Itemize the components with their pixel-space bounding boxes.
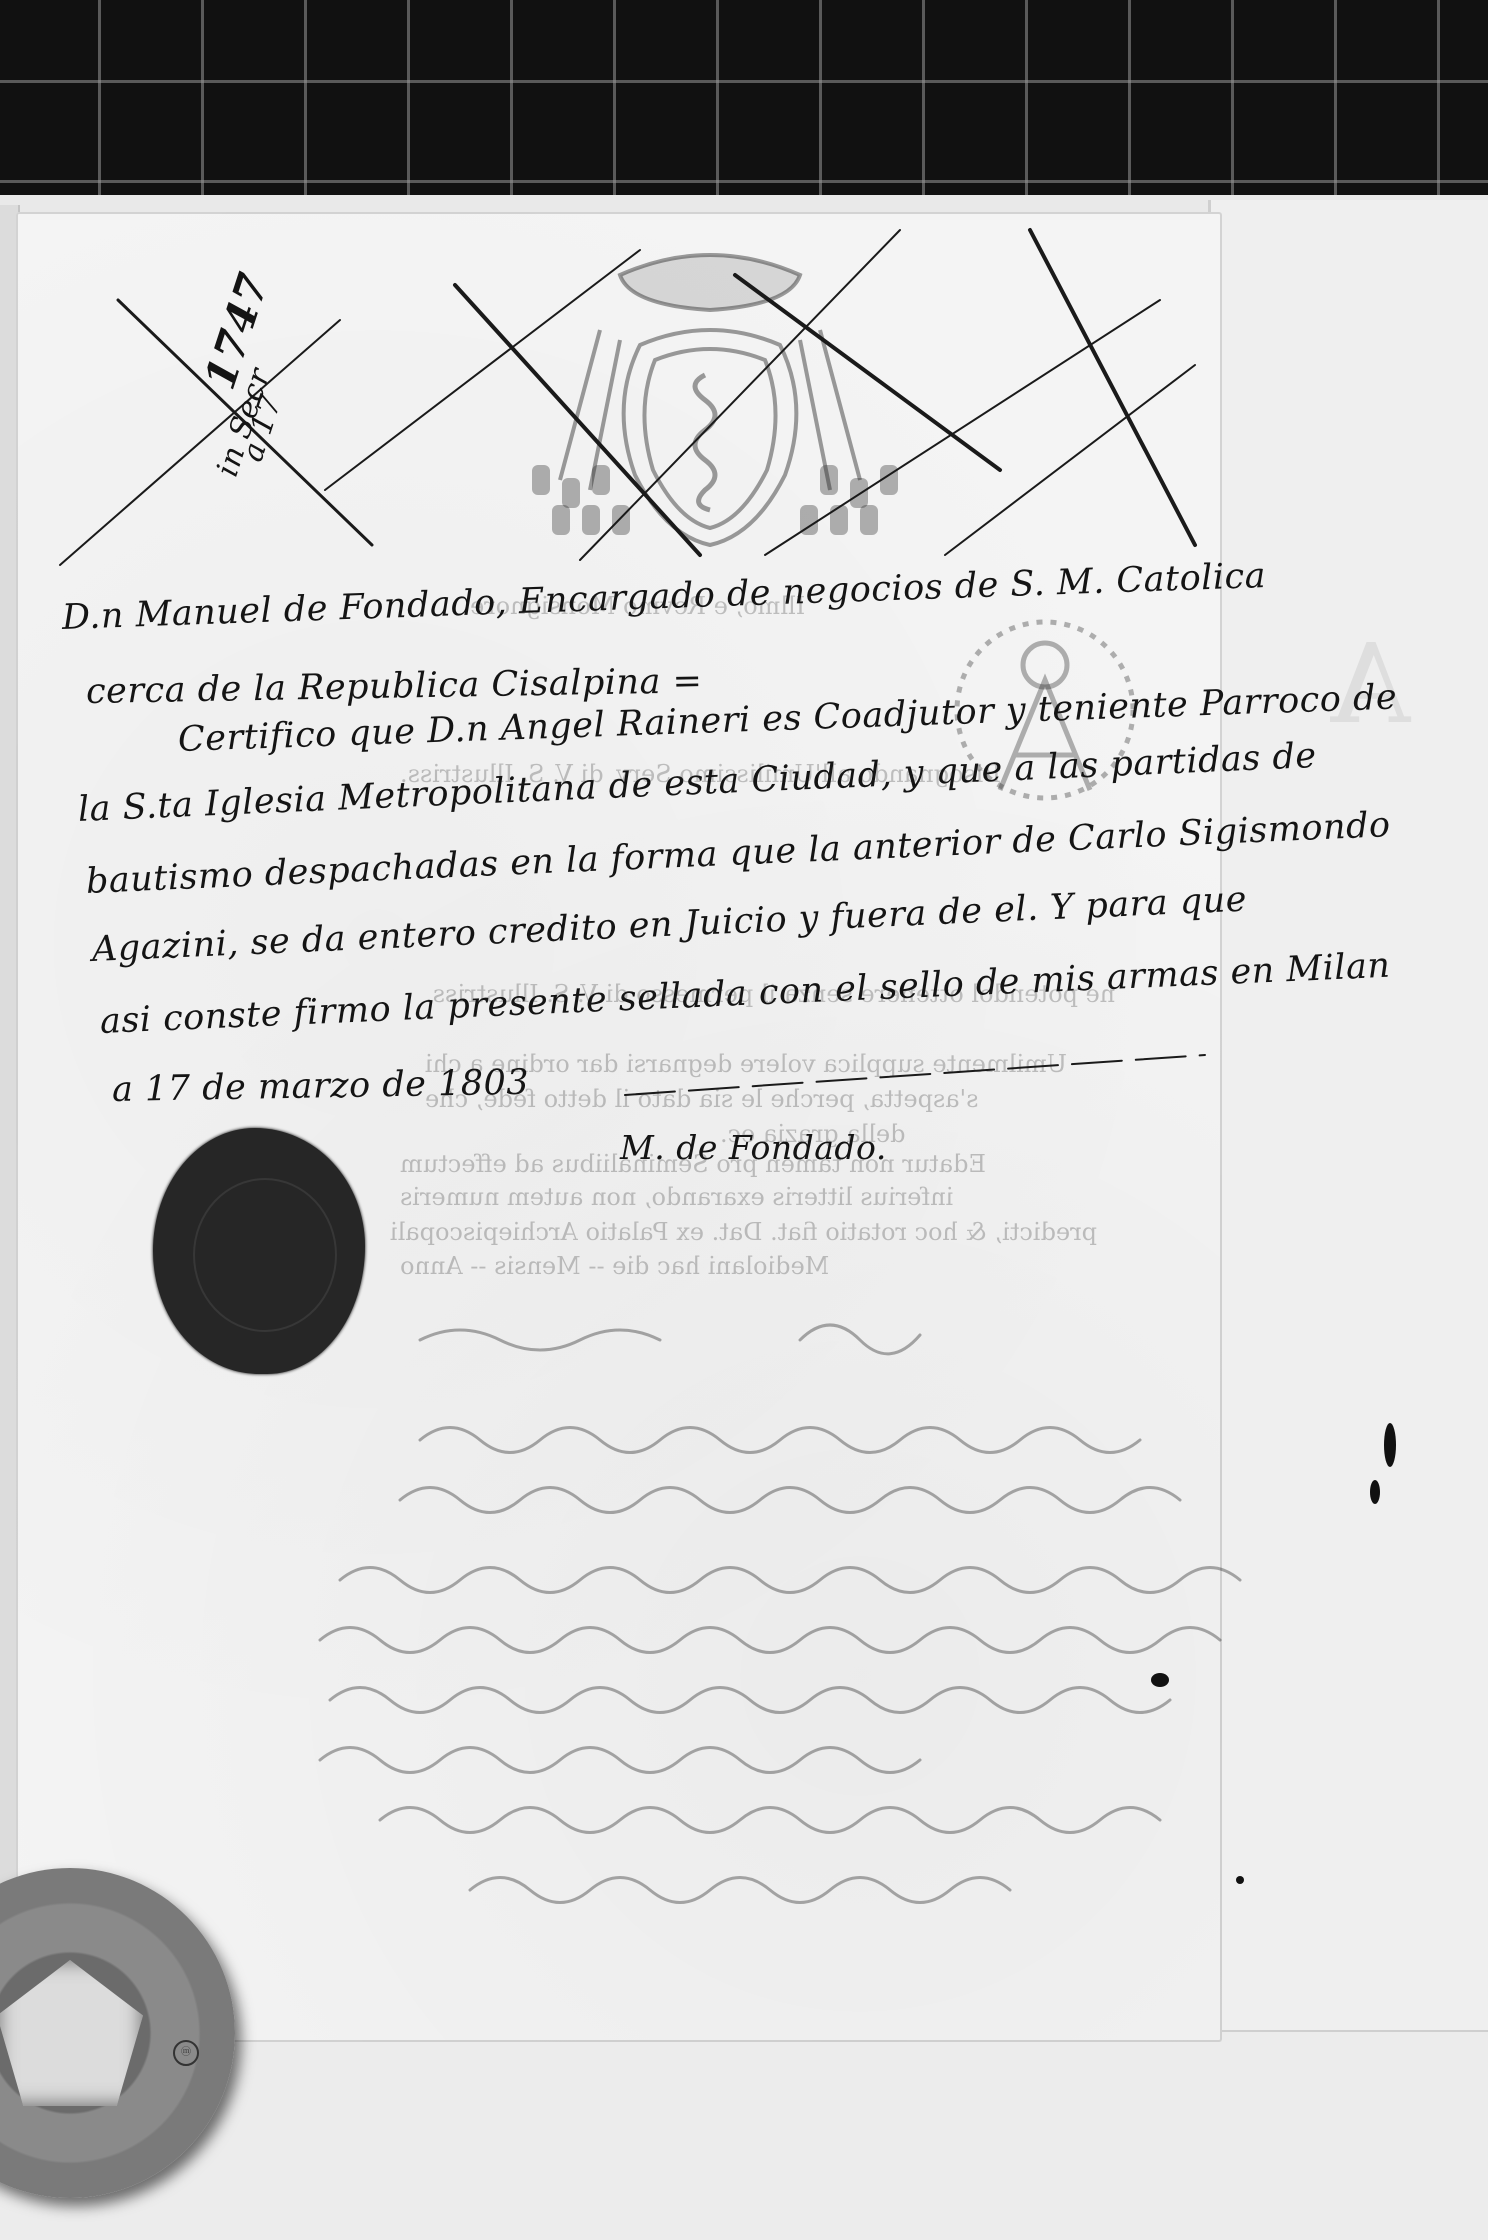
printed-line: predicti, & hoc rotatio fiat. Dat. ex Pa… — [390, 1218, 1097, 1246]
certificate-page — [16, 212, 1222, 2042]
signature: M. de Fondado. — [620, 1128, 887, 1167]
maker-mark-icon: ⓜ — [173, 2040, 199, 2066]
printed-line: inferius litteris exarando, non autem nu… — [400, 1183, 953, 1211]
printed-line: Mediolani hac die -- Mensis -- Anno — [400, 1252, 829, 1280]
certificate-date-line: a 17 de marzo de 1803 — [112, 1063, 530, 1110]
wax-seal-icon — [153, 1128, 365, 1374]
pentagon-hole-icon — [0, 1960, 143, 2106]
right-leaf-page: A — [1208, 200, 1488, 2240]
